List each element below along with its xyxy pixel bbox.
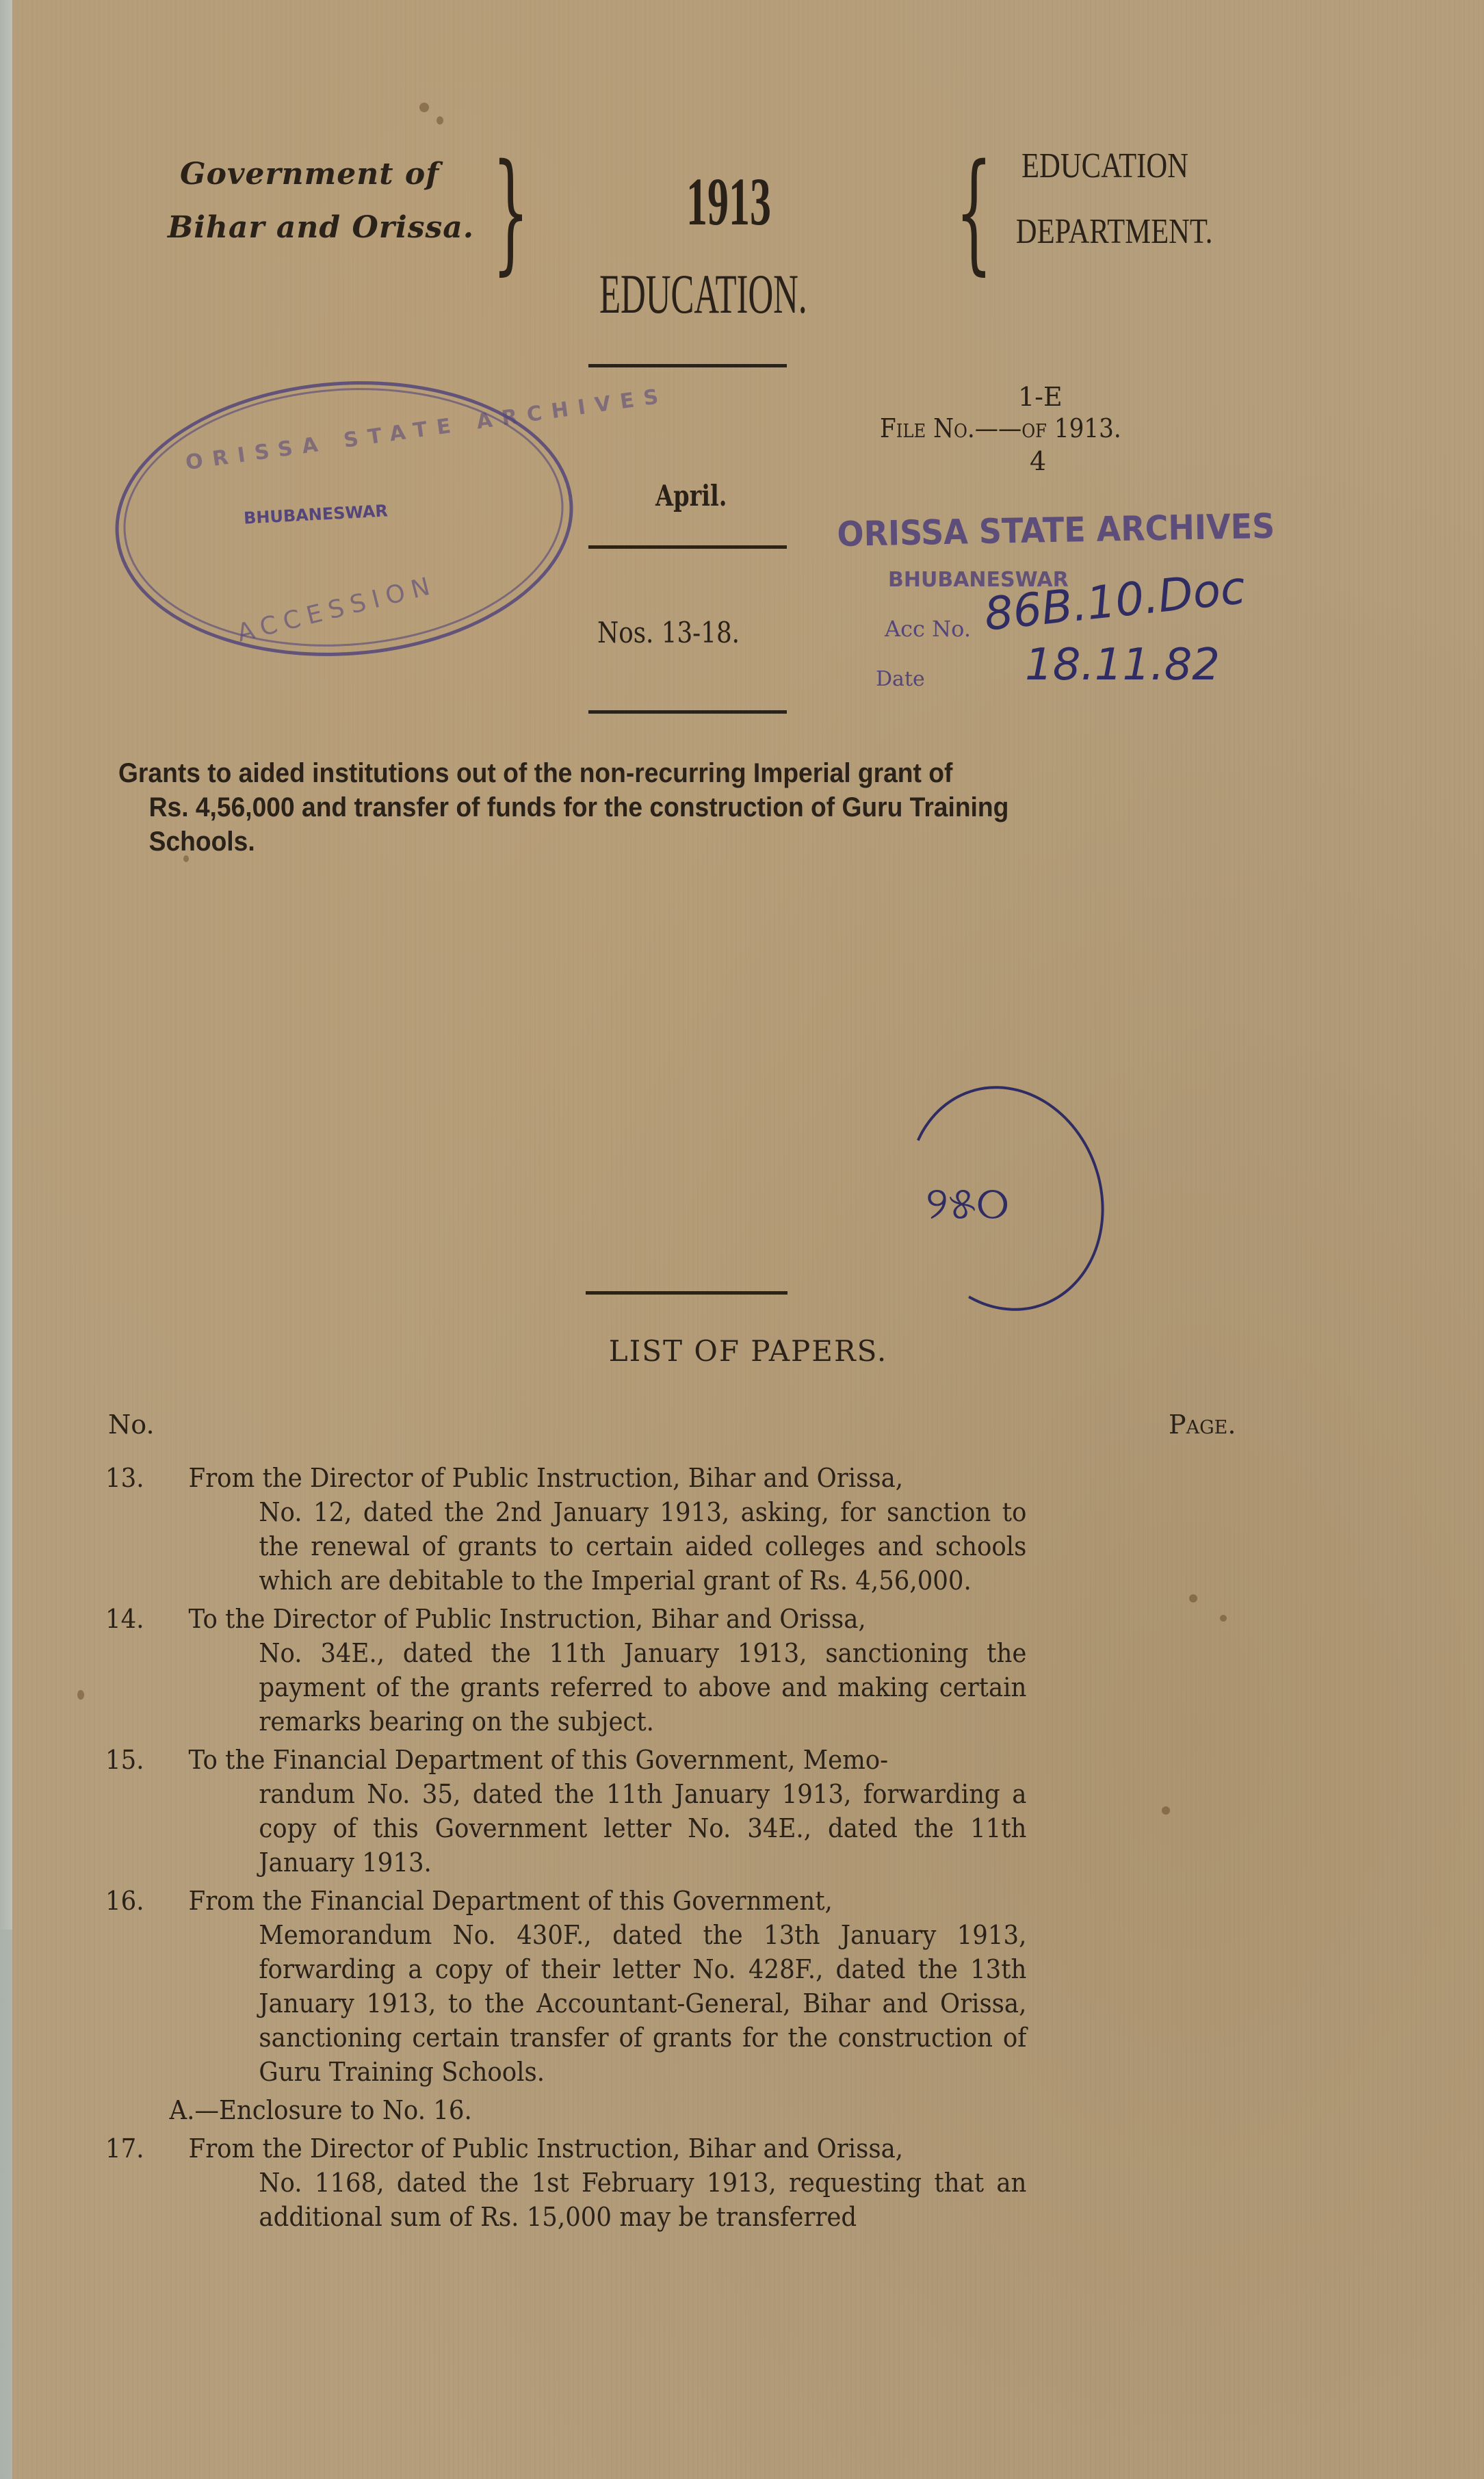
entry-number: 16. — [105, 1884, 170, 1918]
entry-first-line: From the Financial Department of this Go… — [189, 1884, 1027, 1918]
department-line-2: DEPARTMENT. — [1016, 199, 1213, 265]
list-item: 14. To the Director of Public Instructio… — [105, 1602, 1026, 1739]
file-dash: —— — [975, 413, 1021, 443]
list-item: 15. To the Financial Department of this … — [105, 1743, 1026, 1880]
entry-number: 15. — [105, 1743, 170, 1777]
entry-number: 17. — [105, 2131, 170, 2166]
foxing-spot — [1189, 1594, 1197, 1602]
accession-label: Acc No. — [885, 616, 971, 642]
paper-numbers: Nos. 13-18. — [597, 616, 740, 649]
right-brace-icon: } — [492, 147, 529, 277]
page-title: EDUCATION. — [599, 263, 807, 325]
entry-description: No. 12, dated the 2nd January 1913, aski… — [189, 1495, 1027, 1598]
divider-rule — [588, 545, 787, 549]
archive-stamp-title: ORISSA STATE ARCHIVES — [837, 506, 1275, 554]
file-subject: Grants to aided institutions out of the … — [118, 756, 1187, 859]
government-line-1: Government of — [180, 148, 474, 201]
file-year: of 1913. — [1021, 413, 1121, 443]
circled-annotation-text: ୨୫୦ — [926, 1177, 1009, 1231]
subject-line-3: Schools. — [118, 825, 1187, 859]
enclosure-label: A.—Enclosure to No. 16. — [170, 2093, 1027, 2127]
foxing-spot — [419, 103, 429, 112]
list-item-enclosure: A.—Enclosure to No. 16. — [105, 2093, 1026, 2127]
date-label: Date — [876, 667, 925, 691]
year-heading: 1913 — [686, 168, 771, 236]
foxing-spot — [437, 116, 443, 125]
government-label: Government of Bihar and Orissa. — [180, 148, 474, 255]
entry-description: No. 1168, dated the 1st February 1913, r… — [189, 2166, 1027, 2234]
entry-first-line: To the Financial Department of this Gove… — [189, 1743, 1027, 1777]
divider-rule — [586, 1291, 787, 1295]
entry-description: Memorandum No. 430F., dated the 13th Jan… — [189, 1918, 1027, 2089]
foxing-spot — [77, 1690, 84, 1700]
foxing-spot — [1162, 1806, 1170, 1815]
subject-line-1: Grants to aided institutions out of the … — [118, 756, 1187, 790]
papers-list: 13. From the Director of Public Instruct… — [105, 1461, 1026, 2238]
list-item: 16. From the Financial Department of thi… — [105, 1884, 1026, 2089]
left-brace-icon: { — [955, 147, 992, 277]
entry-number: 13. — [105, 1461, 170, 1495]
department-label: EDUCATION DEPARTMENT. — [1021, 133, 1212, 265]
file-number: 4 — [1030, 446, 1046, 476]
entry-description: randum No. 35, dated the 11th January 19… — [189, 1777, 1027, 1880]
list-item: 17. From the Director of Public Instruct… — [105, 2131, 1026, 2234]
government-line-2: Bihar and Orissa. — [168, 201, 474, 255]
entry-first-line: From the Director of Public Instruction,… — [189, 2131, 1027, 2166]
subject-line-2: Rs. 4,56,000 and transfer of funds for t… — [118, 790, 1187, 825]
entry-description: No. 34E., dated the 11th January 1913, s… — [189, 1636, 1027, 1739]
entry-number: 14. — [105, 1602, 170, 1636]
month-label: April. — [655, 479, 727, 512]
foxing-spot — [1220, 1615, 1227, 1622]
document-page: Government of Bihar and Orissa. } 1913 E… — [12, 0, 1484, 2479]
entry-first-line: From the Director of Public Instruction,… — [189, 1461, 1027, 1495]
divider-rule — [588, 710, 787, 714]
list-of-papers-title: LIST OF PAPERS. — [12, 1334, 1484, 1368]
date-handwritten: 18.11.82 — [1025, 640, 1220, 690]
list-item: 13. From the Director of Public Instruct… — [105, 1461, 1026, 1598]
file-number-line: File No.——of 1913. — [880, 413, 1121, 443]
file-label: File No. — [880, 413, 975, 443]
file-code: 1-E — [1018, 382, 1063, 412]
divider-rule — [588, 364, 787, 367]
entry-first-line: To the Director of Public Instruction, B… — [189, 1602, 1027, 1636]
column-header-no: No. — [108, 1410, 155, 1440]
department-line-1: EDUCATION — [1021, 133, 1212, 199]
column-header-page: Page. — [1169, 1410, 1236, 1440]
